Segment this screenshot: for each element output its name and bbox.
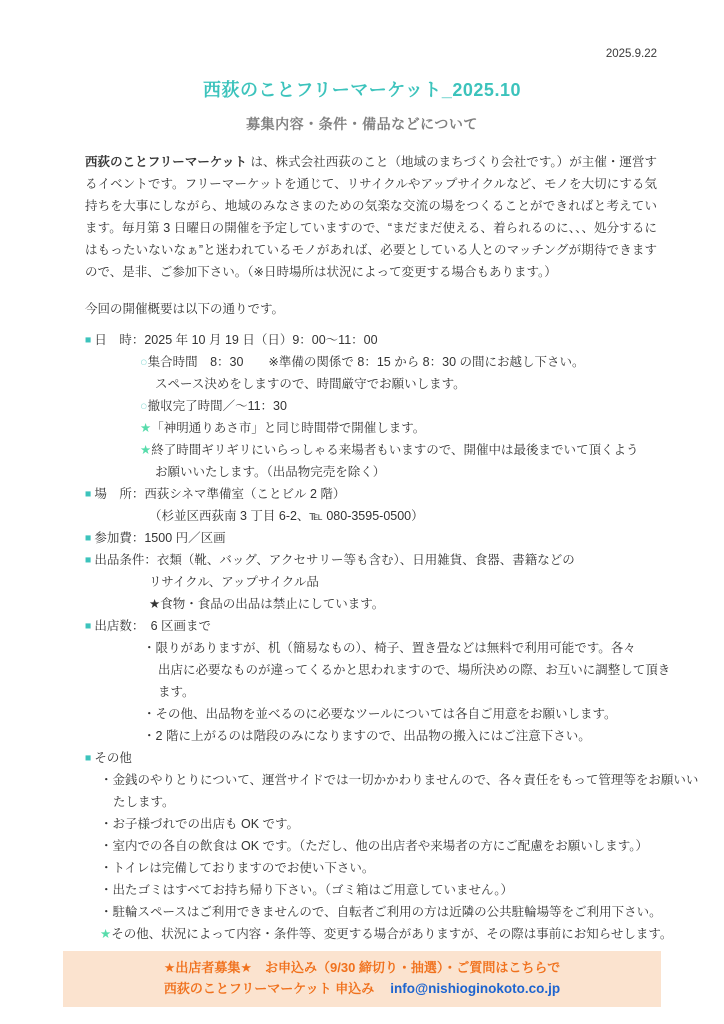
list-item: ・金銭のやりとりについて、運営サイドでは一切かかわりませんので、各々責任をもって… (85, 769, 657, 791)
list-item-text: 集合時間 8：30 ※準備の関係で 8：15 から 8：30 の間にお越し下さい… (148, 355, 585, 369)
list-item: ■参加費：1500 円／区画 (85, 527, 657, 549)
star-icon: ★ (100, 927, 111, 941)
list-item-text: 参加費：1500 円／区画 (94, 531, 225, 545)
list-item: ・その他、出品物を並べるのに必要なツールについては各自ご用意をお願いします。 (85, 703, 657, 725)
dot-bullet-icon: ・ (143, 641, 156, 655)
page-title: 西荻のことフリーマーケット_2025.10 (0, 76, 724, 102)
flyer-content: 西荻のことフリーマーケット は、株式会社西荻のこと（地域のまちづくり会社です。）… (0, 151, 724, 945)
list-item: お願いいたします。（出品物完売を除く） (85, 461, 657, 483)
list-item-text: 終了時間ギリギリにいらっしゃる来場者もいますので、開催中は最後までいて頂くよう (151, 443, 638, 457)
list-item: （杉並区西荻南 3 丁目 6-2、℡ 080-3595-0500） (85, 505, 657, 527)
list-item: ■場 所：西荻シネマ準備室（ことビル 2 階） (85, 483, 657, 505)
list-item: ○撤収完了時間／～11：30 (85, 395, 657, 417)
list-item: ・2 階に上がるのは階段のみになりますので、出品物の搬入にはご注意下さい。 (85, 725, 657, 747)
list-item: ○集合時間 8：30 ※準備の関係で 8：15 から 8：30 の間にお越し下さ… (85, 351, 657, 373)
list-item-text: 日 時：2025 年 10 月 19 日（日）9：00～11：00 (94, 333, 377, 347)
star-icon: ★ (149, 597, 160, 611)
list-item-text: 「神明通りあさ市」と同じ時間帯で開催します。 (151, 421, 425, 435)
list-item-text: スペース決めをしますので、時間厳守でお願いします。 (155, 377, 466, 391)
list-item-text: その他 (94, 751, 132, 765)
star-icon: ★ (140, 443, 151, 457)
list-item: たします。 (85, 791, 657, 813)
banner-contact-label: 西荻のことフリーマーケット 申込み (164, 981, 374, 996)
list-item-text: 限りがありますが、机（簡易なもの）、椅子、置き畳などは無料で利用可能です。各々 (156, 641, 636, 655)
list-item: ・出たゴミはすべてお持ち帰り下さい。（ゴミ箱はご用意していません。） (85, 879, 657, 901)
list-item-text: 金銭のやりとりについて、運営サイドでは一切かかわりませんので、各々責任をもって管… (113, 773, 699, 787)
page-subtitle: 募集内容・条件・備品などについて (0, 114, 724, 134)
list-item: ・駐輪スペースはご利用できませんので、自転者ご利用の方は近隣の公共駐輪場等をご利… (85, 901, 657, 923)
list-item-text: たします。 (113, 795, 175, 809)
list-item: スペース決めをしますので、時間厳守でお願いします。 (85, 373, 657, 395)
list-item: ★「神明通りあさ市」と同じ時間帯で開催します。 (85, 417, 657, 439)
document-date: 2025.9.22 (606, 48, 657, 60)
list-item-text: リサイクル、アップサイクル品 (149, 575, 319, 589)
list-item-text: トイレは完備しておりますのでお使い下さい。 (113, 861, 375, 875)
list-item-text: 食物・食品の出品は禁止にしています。 (160, 597, 384, 611)
star-icon: ★ (140, 421, 151, 435)
square-bullet-icon: ■ (85, 752, 91, 764)
list-item-text: 出たゴミはすべてお持ち帰り下さい。（ゴミ箱はご用意していません。） (113, 883, 514, 897)
square-bullet-icon: ■ (85, 620, 91, 632)
list-item: ■出品条件：衣類（靴、バッグ、アクセサリー等も含む）、日用雑貨、食器、書籍などの (85, 549, 657, 571)
banner-contact-line: 西荻のことフリーマーケット 申込みinfo@nishioginokoto.co.… (63, 978, 661, 999)
dot-bullet-icon: ・ (143, 729, 156, 743)
list-item-text: 出店に必要なものが違ってくるかと思われますので、場所決めの際、お互いに調整して頂… (158, 663, 670, 677)
square-bullet-icon: ■ (85, 554, 91, 566)
list-item: ■その他 (85, 747, 657, 769)
list-item: ★その他、状況によって内容・条件等、変更する場合がありますが、その際は事前にお知… (85, 923, 657, 945)
list-item: ます。 (85, 681, 657, 703)
list-item: ・お子様づれでの出店も OK です。 (85, 813, 657, 835)
dot-bullet-icon: ・ (100, 883, 113, 897)
square-bullet-icon: ■ (85, 334, 91, 346)
list-item: ★食物・食品の出品は禁止にしています。 (85, 593, 657, 615)
dot-bullet-icon: ・ (100, 861, 113, 875)
list-item: ・トイレは完備しておりますのでお使い下さい。 (85, 857, 657, 879)
contact-email-link[interactable]: info@nishioginokoto.co.jp (390, 981, 560, 996)
event-details-list: ■日 時：2025 年 10 月 19 日（日）9：00～11：00○集合時間 … (85, 329, 657, 945)
list-item-text: お子様づれでの出店も OK です。 (113, 817, 300, 831)
list-item-text: ます。 (158, 685, 195, 699)
list-item-text: 場 所：西荻シネマ準備室（ことビル 2 階） (94, 487, 345, 501)
list-item-text: 出店数： 6 区画まで (94, 619, 211, 633)
list-item: ■日 時：2025 年 10 月 19 日（日）9：00～11：00 (85, 329, 657, 351)
list-item: リサイクル、アップサイクル品 (85, 571, 657, 593)
circle-bullet-icon: ○ (140, 399, 148, 413)
list-item-text: 出品条件：衣類（靴、バッグ、アクセサリー等も含む）、日用雑貨、食器、書籍などの (94, 553, 574, 567)
banner-recruit-line: ★出店者募集★ お申込み（9/30 締切り・抽選）・ご質問はこちらで (63, 957, 661, 978)
overview-lead-in: 今回の開催概要は以下の通りです。 (85, 298, 657, 320)
square-bullet-icon: ■ (85, 532, 91, 544)
list-item-text: その他、状況によって内容・条件等、変更する場合がありますが、その際は事前にお知ら… (111, 927, 672, 941)
list-item: ★終了時間ギリギリにいらっしゃる来場者もいますので、開催中は最後までいて頂くよう (85, 439, 657, 461)
intro-body-text: は、株式会社西荻のこと（地域のまちづくり会社です。）が主催・運営するイベントです… (85, 155, 657, 279)
dot-bullet-icon: ・ (100, 773, 113, 787)
list-item-text: 駐輪スペースはご利用できませんので、自転者ご利用の方は近隣の公共駐輪場等をご利用… (113, 905, 662, 919)
dot-bullet-icon: ・ (143, 707, 156, 721)
list-item-text: その他、出品物を並べるのに必要なツールについては各自ご用意をお願いします。 (156, 707, 617, 721)
list-item: 出店に必要なものが違ってくるかと思われますので、場所決めの際、お互いに調整して頂… (85, 659, 657, 681)
circle-bullet-icon: ○ (140, 355, 148, 369)
intro-lead-bold: 西荻のことフリーマーケット (85, 155, 247, 169)
application-banner: ★出店者募集★ お申込み（9/30 締切り・抽選）・ご質問はこちらで 西荻のこと… (63, 951, 661, 1007)
list-item-text: お願いいたします。（出品物完売を除く） (155, 465, 385, 479)
list-item-text: 撤収完了時間／～11：30 (148, 399, 287, 413)
list-item-text: 2 階に上がるのは階段のみになりますので、出品物の搬入にはご注意下さい。 (156, 729, 591, 743)
list-item: ■出店数： 6 区画まで (85, 615, 657, 637)
square-bullet-icon: ■ (85, 488, 91, 500)
dot-bullet-icon: ・ (100, 839, 113, 853)
list-item: ・限りがありますが、机（簡易なもの）、椅子、置き畳などは無料で利用可能です。各々 (85, 637, 657, 659)
list-item: ・室内での各自の飲食は OK です。（ただし、他の出店者や来場者の方にご配慮をお… (85, 835, 657, 857)
list-item-text: （杉並区西荻南 3 丁目 6-2、℡ 080-3595-0500） (149, 509, 424, 523)
flyer-page: 2025.9.22 西荻のことフリーマーケット_2025.10 募集内容・条件・… (0, 0, 724, 1024)
intro-paragraph: 西荻のことフリーマーケット は、株式会社西荻のこと（地域のまちづくり会社です。）… (85, 151, 657, 283)
dot-bullet-icon: ・ (100, 905, 113, 919)
dot-bullet-icon: ・ (100, 817, 113, 831)
list-item-text: 室内での各自の飲食は OK です。（ただし、他の出店者や来場者の方にご配慮をお願… (113, 839, 649, 853)
